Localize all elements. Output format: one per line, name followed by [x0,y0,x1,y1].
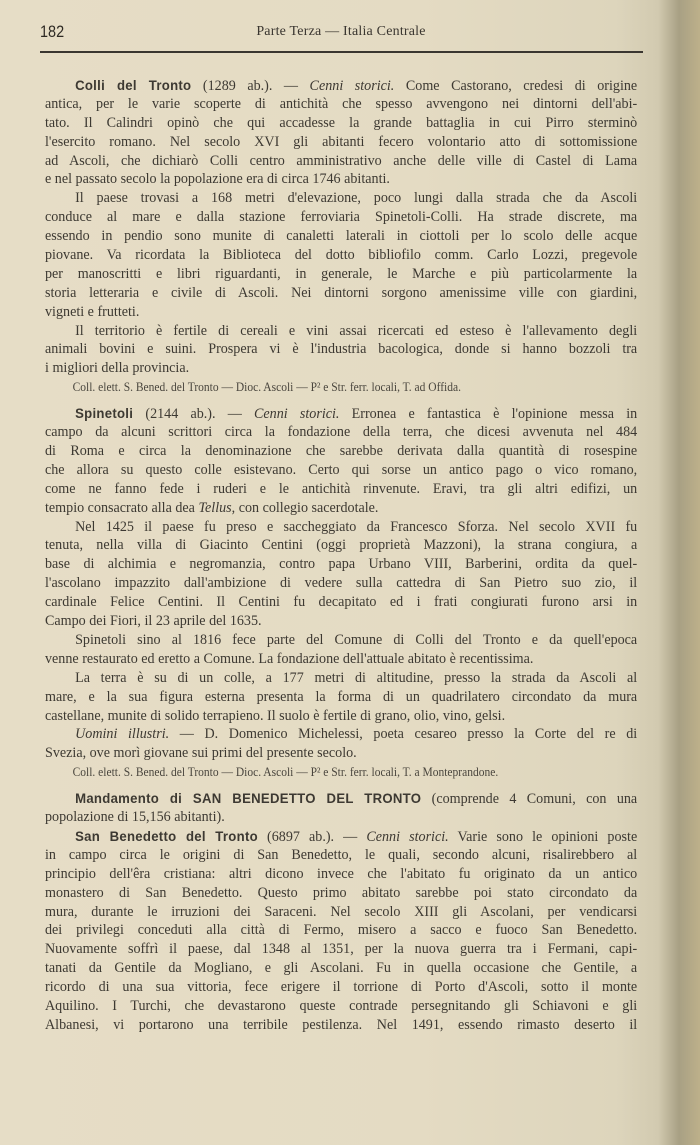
body-text: Colli del Tronto (1289 ab.). — Cenni sto… [45,76,675,1035]
paragraph-line: dei privilegi conceduti alla città di Fe… [45,921,637,940]
running-title: Parte Terza — Italia Centrale [40,24,642,40]
paragraph-line: monastero di San Benedetto. Questo primo… [45,884,637,903]
entry-colli-del-tronto: Colli del Tronto (1289 ab.). — Cenni sto… [45,76,675,396]
paragraph-line: in campo circa le origini di San Benedet… [45,846,637,865]
page-header: 182 Parte Terza — Italia Centrale [40,20,642,46]
paragraph-line: per manoscritti e libri riguardanti, in … [45,265,637,284]
admin-note: Coll. elett. S. Bened. del Tronto — Dioc… [45,378,625,396]
paragraph-line: tanati da Gentile da Mogliano, e gli Asc… [45,959,637,978]
paragraph-line: ad Ascoli, che dichiarò Colli centro amm… [45,152,637,171]
paragraph-line: di Roma e circa la denominazione che sar… [45,442,637,461]
paragraph-line: Nuovamente soffrì il paese, dal 1348 al … [45,940,637,959]
paragraph-line: essendo in pendio sono munite di canalet… [45,227,637,246]
cenni-storici-label: Cenni storici. [366,829,448,845]
paragraph-line: Mandamento di SAN BENEDETTO DEL TRONTO (… [45,789,637,808]
paragraph-line: popolazione di 15,156 abitanti). [45,808,637,827]
paragraph-line: San Benedetto del Tronto (6897 ab.). — C… [45,827,637,846]
paragraph-line: tempio consacrato alla dea Tellus, con c… [45,499,637,518]
book-page: 182 Parte Terza — Italia Centrale Colli … [0,0,700,1145]
uomini-illustri-label: Uomini illustri. [75,726,169,742]
paragraph-line: come ne fanno fede i ruderi e le antichi… [45,480,637,499]
paragraph-line: mare, e la sua figura esterna presenta l… [45,688,637,707]
paragraph-line: e nel passato secolo la popolazione era … [45,170,637,189]
entry-san-benedetto: San Benedetto del Tronto (6897 ab.). — C… [45,827,675,1035]
paragraph-line: Nel 1425 il paese fu preso e saccheggiat… [45,518,637,537]
paragraph-line: Spinetoli (2144 ab.). — Cenni storici. E… [45,404,637,423]
paragraph-line: campo da alcuni scrittori circa la fonda… [45,423,637,442]
mandamento-name: SAN BENEDETTO DEL TRONTO [193,790,421,806]
paragraph-line: Aquilino. I Turchi, che devastarono ques… [45,997,637,1016]
entry-title: San Benedetto del Tronto [75,828,258,844]
paragraph-line: l'esercito romano. Nel secolo XVI gli ab… [45,133,637,152]
paragraph-line: Albanesi, vi portarono una terribile pes… [45,1016,637,1035]
paragraph-line: animali bovini e suini. Prospera vi è l'… [45,340,637,359]
paragraph-line: vigneti e frutteti. [45,303,637,322]
entry-title: Colli del Tronto [75,77,191,93]
paragraph-line: base di alchimia e negromanzia, contro p… [45,555,637,574]
paragraph-line: antica, per le varie scoperte di antichi… [45,95,637,114]
paragraph-line: conduce al mare e dalla stazione ferrovi… [45,208,637,227]
paragraph-line: Spinetoli sino al 1816 fece parte del Co… [45,631,637,650]
paragraph-line: La terra è su di un colle, a 177 metri d… [45,669,637,688]
entry-title: Spinetoli [75,405,133,421]
paragraph-line: principio dell'êra cristiana: altri dico… [45,865,637,884]
paragraph-line: piovane. Va ricordata la Biblioteca del … [45,246,637,265]
paragraph-line: ricordo di una sua vittoria, fece eriger… [45,978,637,997]
admin-note: Coll. elett. S. Bened. del Tronto — Dioc… [45,763,625,781]
paragraph-line: Il territorio è fertile di cereali e vin… [45,322,637,341]
paragraph-line: Campo dei Fiori, il 23 aprile del 1635. [45,612,637,631]
paragraph-line: venne restaurato ed eretto a Comune. La … [45,650,637,669]
paragraph-line: Svezia, ove morì giovane sui primi del p… [45,744,637,763]
paragraph-line: storia letteraria e civile di Ascoli. Ne… [45,284,637,303]
cenni-storici-label: Cenni storici. [310,78,395,94]
paragraph-line: castellane, munite di solido terrapieno.… [45,707,637,726]
cenni-storici-label: Cenni storici. [254,406,339,422]
paragraph-line: mura, durante le irruzioni dei Saraceni.… [45,903,637,922]
header-rule [40,51,643,53]
paragraph-line: l'ascolano impazzito dall'ambizione di v… [45,574,637,593]
paragraph-line: tenuta, nella villa di Giacinto Centini … [45,536,637,555]
entry-spinetoli: Spinetoli (2144 ab.). — Cenni storici. E… [45,404,675,781]
paragraph-line: Il paese trovasi a 168 metri d'elevazion… [45,189,637,208]
paragraph-line: tato. Il Calindri opinò che qui accadess… [45,114,637,133]
mandamento-heading: Mandamento di SAN BENEDETTO DEL TRONTO (… [45,789,675,827]
paragraph-line: Uomini illustri. — D. Domenico Micheless… [45,725,637,744]
paragraph-line: i migliori della provincia. [45,359,637,378]
paragraph-line: che allora su questo colle esistevano. C… [45,461,637,480]
paragraph-line: cardinale Felice Centini. Il Centini fu … [45,593,637,612]
paragraph-line: Colli del Tronto (1289 ab.). — Cenni sto… [45,76,637,95]
